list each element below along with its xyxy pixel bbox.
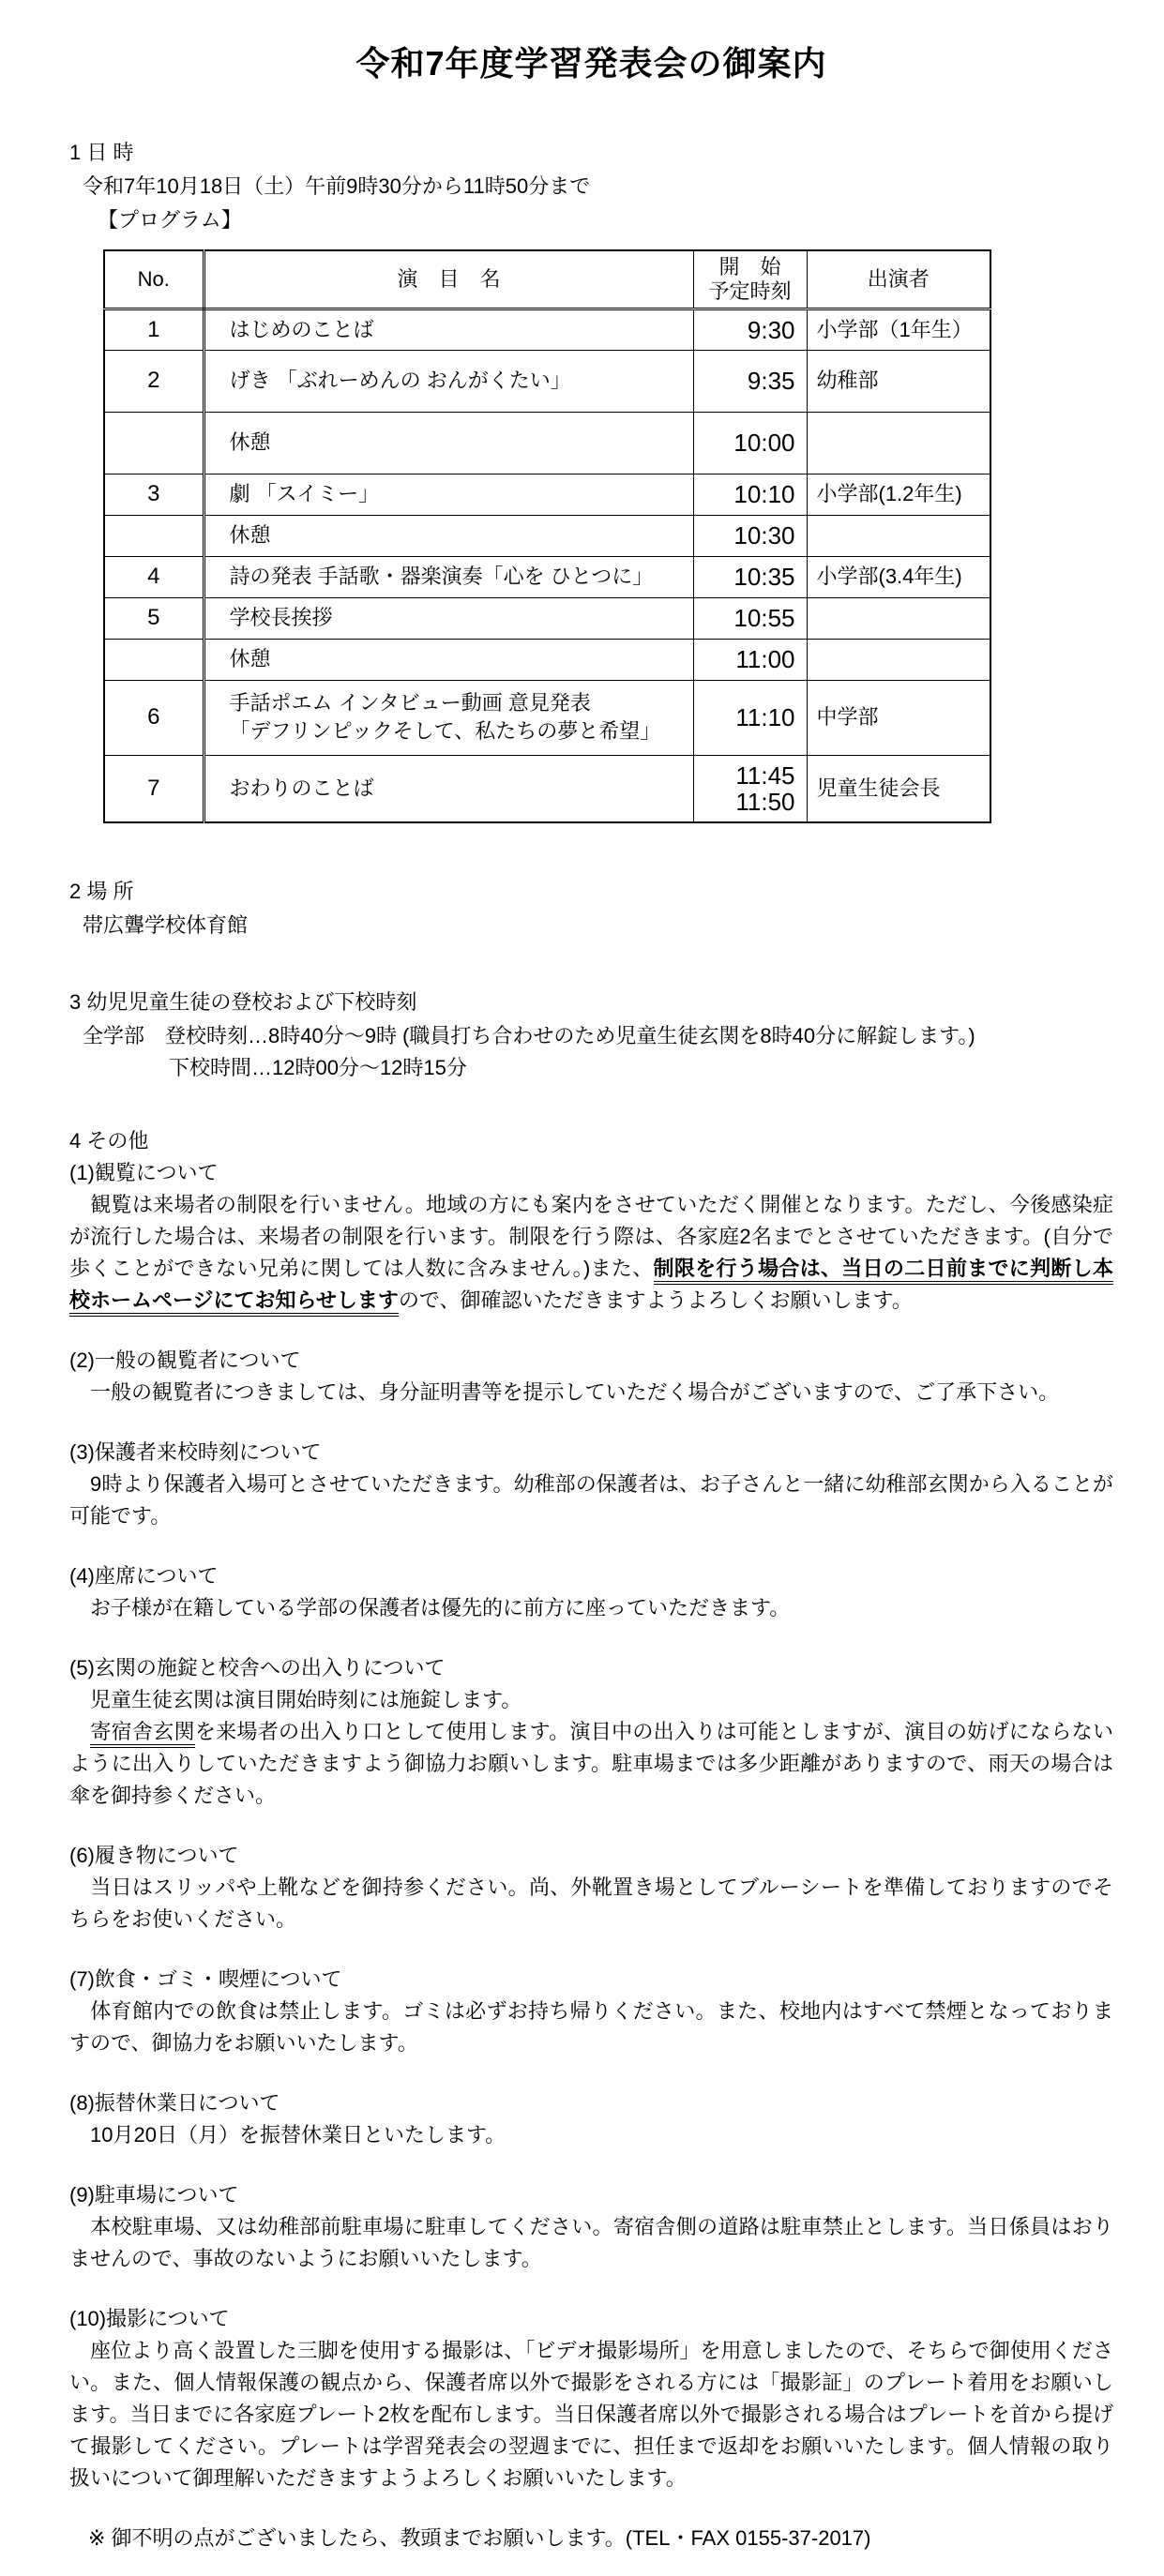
other-item-general-visitors: (2)一般の観覧者について 一般の観覧者につきましては、身分証明書等を提示してい… — [69, 1345, 1113, 1409]
table-row: 休憩 10:30 — [104, 515, 990, 556]
cell-performer — [807, 412, 990, 474]
other-item-photography: (10)撮影について 座位より高く設置した三脚を使用する撮影は、「ビデオ撮影場所… — [69, 2303, 1113, 2494]
item-heading: (7)飲食・ゴミ・喫煙について — [69, 1964, 1113, 1996]
cell-no: 6 — [104, 680, 204, 755]
cell-no — [104, 515, 204, 556]
departure-time-line: 下校時間…12時00分～12時15分 — [69, 1052, 1113, 1084]
underlined-entrance-text: 寄宿舎玄関 — [90, 1720, 195, 1748]
col-header-title: 演 目 名 — [204, 250, 693, 309]
item-body: 一般の観覧者につきましては、身分証明書等を提示していただく場合がございますので、… — [69, 1377, 1113, 1409]
cell-time: 9:30 — [693, 309, 807, 350]
other-item-entrance-locking: (5)玄関の施錠と校舎への出入りについて 児童生徒玄関は演目開始時刻には施錠しま… — [69, 1652, 1113, 1812]
other-item-parking: (9)駐車場について 本校駐車場、又は幼稚部前駐車場に駐車してください。寄宿舎側… — [69, 2179, 1113, 2275]
section-datetime-heading: 1 日 時 — [69, 137, 1113, 169]
cell-no — [104, 412, 204, 474]
cell-title: 劇 「スイミー」 — [204, 474, 693, 515]
cell-performer: 児童生徒会長 — [807, 755, 990, 822]
other-item-parent-arrival: (3)保護者来校時刻について 9時より保護者入場可とさせていただきます。幼稚部の… — [69, 1437, 1113, 1532]
cell-time: 10:00 — [693, 412, 807, 474]
cell-title: 休憩 — [204, 639, 693, 680]
cell-performer — [807, 639, 990, 680]
cell-performer: 中学部 — [807, 680, 990, 755]
table-row: 2 げき 「ぶれーめんの おんがくたい」 9:35 幼稚部 — [104, 350, 990, 412]
cell-no — [104, 639, 204, 680]
cell-time: 11:45 11:50 — [693, 755, 807, 822]
cell-title: 休憩 — [204, 412, 693, 474]
cell-performer: 小学部(3.4年生) — [807, 556, 990, 597]
section-place: 2 場 所 帯広聾学校体育館 — [69, 876, 1113, 942]
item-heading: (3)保護者来校時刻について — [69, 1437, 1113, 1469]
cell-time: 11:10 — [693, 680, 807, 755]
cell-time: 10:55 — [693, 597, 807, 639]
other-item-viewing: (1)観覧について 観覧は来場者の制限を行いません。地域の方にも案内をさせていた… — [69, 1157, 1113, 1317]
place-name: 帯広聾学校体育館 — [69, 910, 1113, 942]
cell-no: 5 — [104, 597, 204, 639]
table-row: 休憩 11:00 — [104, 639, 990, 680]
cell-title: 学校長挨拶 — [204, 597, 693, 639]
cell-title: はじめのことば — [204, 309, 693, 350]
cell-no: 2 — [104, 350, 204, 412]
body-text: ので、御確認いただきますようよろしくお願いします。 — [399, 1288, 913, 1312]
cell-time: 10:30 — [693, 515, 807, 556]
cell-time: 9:35 — [693, 350, 807, 412]
other-item-substitute-holiday: (8)振替休業日について 10月20日（月）を振替休業日といたします。 — [69, 2087, 1113, 2151]
table-row: 5 学校長挨拶 10:55 — [104, 597, 990, 639]
cell-no: 4 — [104, 556, 204, 597]
cell-no: 7 — [104, 755, 204, 822]
item-heading: (10)撮影について — [69, 2303, 1113, 2335]
table-row: 4 詩の発表 手話歌・器楽演奏「心を ひとつに」 10:35 小学部(3.4年生… — [104, 556, 990, 597]
item-body: 10月20日（月）を振替休業日といたします。 — [69, 2119, 1113, 2151]
section-school-times-heading: 3 幼児児童生徒の登校および下校時刻 — [69, 987, 1113, 1018]
item-heading: (6)履き物について — [69, 1840, 1113, 1872]
contact-note: ※ 御不明の点がございましたら、教頭までお願いします。(TEL・FAX 0155… — [69, 2523, 1113, 2554]
cell-performer: 幼稚部 — [807, 350, 990, 412]
cell-title: 休憩 — [204, 515, 693, 556]
section-school-times: 3 幼児児童生徒の登校および下校時刻 全学部 登校時刻…8時40分～9時 (職員… — [69, 987, 1113, 1084]
section-other-heading: 4 その他 — [69, 1125, 1113, 1157]
table-row: 休憩 10:00 — [104, 412, 990, 474]
arrival-time-line: 全学部 登校時刻…8時40分～9時 (職員打ち合わせのため児童生徒玄関を8時40… — [69, 1020, 1113, 1052]
item-body: お子様が在籍している学部の保護者は優先的に前方に座っていただきます。 — [69, 1592, 1113, 1624]
item-body: 座位より高く設置した三脚を使用する撮影は、「ビデオ撮影場所」を用意しましたので、… — [69, 2335, 1113, 2494]
item-heading: (5)玄関の施錠と校舎への出入りについて — [69, 1652, 1113, 1684]
other-item-seating: (4)座席について お子様が在籍している学部の保護者は優先的に前方に座っていただ… — [69, 1560, 1113, 1624]
page-title: 令和7年度学習発表会の御案内 — [69, 43, 1113, 84]
cell-performer — [807, 597, 990, 639]
program-table: No. 演 目 名 開 始 予定時刻 出演者 1 はじめのことば 9:30 小学… — [103, 249, 991, 823]
item-heading: (9)駐車場について — [69, 2179, 1113, 2211]
item-heading: (4)座席について — [69, 1560, 1113, 1592]
section-datetime: 1 日 時 令和7年10月18日（土）午前9時30分から11時50分まで 【プロ… — [69, 137, 1113, 236]
cell-time: 10:35 — [693, 556, 807, 597]
program-label: 【プログラム】 — [69, 204, 1113, 236]
cell-performer: 小学部(1.2年生) — [807, 474, 990, 515]
cell-title: 手話ポエム インタビュー動画 意見発表 「デフリンピックそして、私たちの夢と希望… — [204, 680, 693, 755]
other-item-food-trash-smoking: (7)飲食・ゴミ・喫煙について 体育館内での飲食は禁止します。ゴミは必ずお持ち帰… — [69, 1964, 1113, 2059]
item-body: 体育館内での飲食は禁止します。ゴミは必ずお持ち帰りください。また、校地内はすべて… — [69, 1996, 1113, 2059]
cell-time: 10:10 — [693, 474, 807, 515]
other-item-footwear: (6)履き物について 当日はスリッパや上靴などを御持参ください。尚、外靴置き場と… — [69, 1840, 1113, 1936]
table-row: 6 手話ポエム インタビュー動画 意見発表 「デフリンピックそして、私たちの夢と… — [104, 680, 990, 755]
item-body: 観覧は来場者の制限を行いません。地域の方にも案内をさせていただく開催となります。… — [69, 1189, 1113, 1317]
item-body: 9時より保護者入場可とさせていただきます。幼稚部の保護者は、お子さんと一緒に幼稚… — [69, 1469, 1113, 1532]
program-table-header-row: No. 演 目 名 開 始 予定時刻 出演者 — [104, 250, 990, 309]
table-row: 1 はじめのことば 9:30 小学部（1年生） — [104, 309, 990, 350]
cell-no: 3 — [104, 474, 204, 515]
item-body: 児童生徒玄関は演目開始時刻には施錠します。 — [69, 1684, 1113, 1716]
col-header-no: No. — [104, 250, 204, 309]
cell-time: 11:00 — [693, 639, 807, 680]
cell-no: 1 — [104, 309, 204, 350]
table-row: 7 おわりのことば 11:45 11:50 児童生徒会長 — [104, 755, 990, 822]
cell-performer: 小学部（1年生） — [807, 309, 990, 350]
event-datetime: 令和7年10月18日（土）午前9時30分から11時50分まで — [69, 171, 1113, 203]
item-heading: (8)振替休業日について — [69, 2087, 1113, 2119]
col-header-start-time: 開 始 予定時刻 — [693, 250, 807, 309]
item-heading: (2)一般の観覧者について — [69, 1345, 1113, 1377]
body-text — [69, 1720, 90, 1743]
body-text: を来場者の出入り口として使用します。演目中の出入りは可能としますが、演目の妨げに… — [69, 1720, 1113, 1807]
document-page: 令和7年度学習発表会の御案内 1 日 時 令和7年10月18日（土）午前9時30… — [0, 0, 1164, 2576]
cell-title: おわりのことば — [204, 755, 693, 822]
cell-performer — [807, 515, 990, 556]
cell-title: げき 「ぶれーめんの おんがくたい」 — [204, 350, 693, 412]
item-body: 本校駐車場、又は幼稚部前駐車場に駐車してください。寄宿舎側の道路は駐車禁止としま… — [69, 2211, 1113, 2275]
item-body: 寄宿舎玄関を来場者の出入り口として使用します。演目中の出入りは可能としますが、演… — [69, 1716, 1113, 1812]
item-body: 当日はスリッパや上靴などを御持参ください。尚、外靴置き場としてブルーシートを準備… — [69, 1872, 1113, 1936]
section-other: 4 その他 (1)観覧について 観覧は来場者の制限を行いません。地域の方にも案内… — [69, 1125, 1113, 2494]
item-heading: (1)観覧について — [69, 1157, 1113, 1189]
table-row: 3 劇 「スイミー」 10:10 小学部(1.2年生) — [104, 474, 990, 515]
cell-title: 詩の発表 手話歌・器楽演奏「心を ひとつに」 — [204, 556, 693, 597]
section-place-heading: 2 場 所 — [69, 876, 1113, 908]
col-header-performer: 出演者 — [807, 250, 990, 309]
